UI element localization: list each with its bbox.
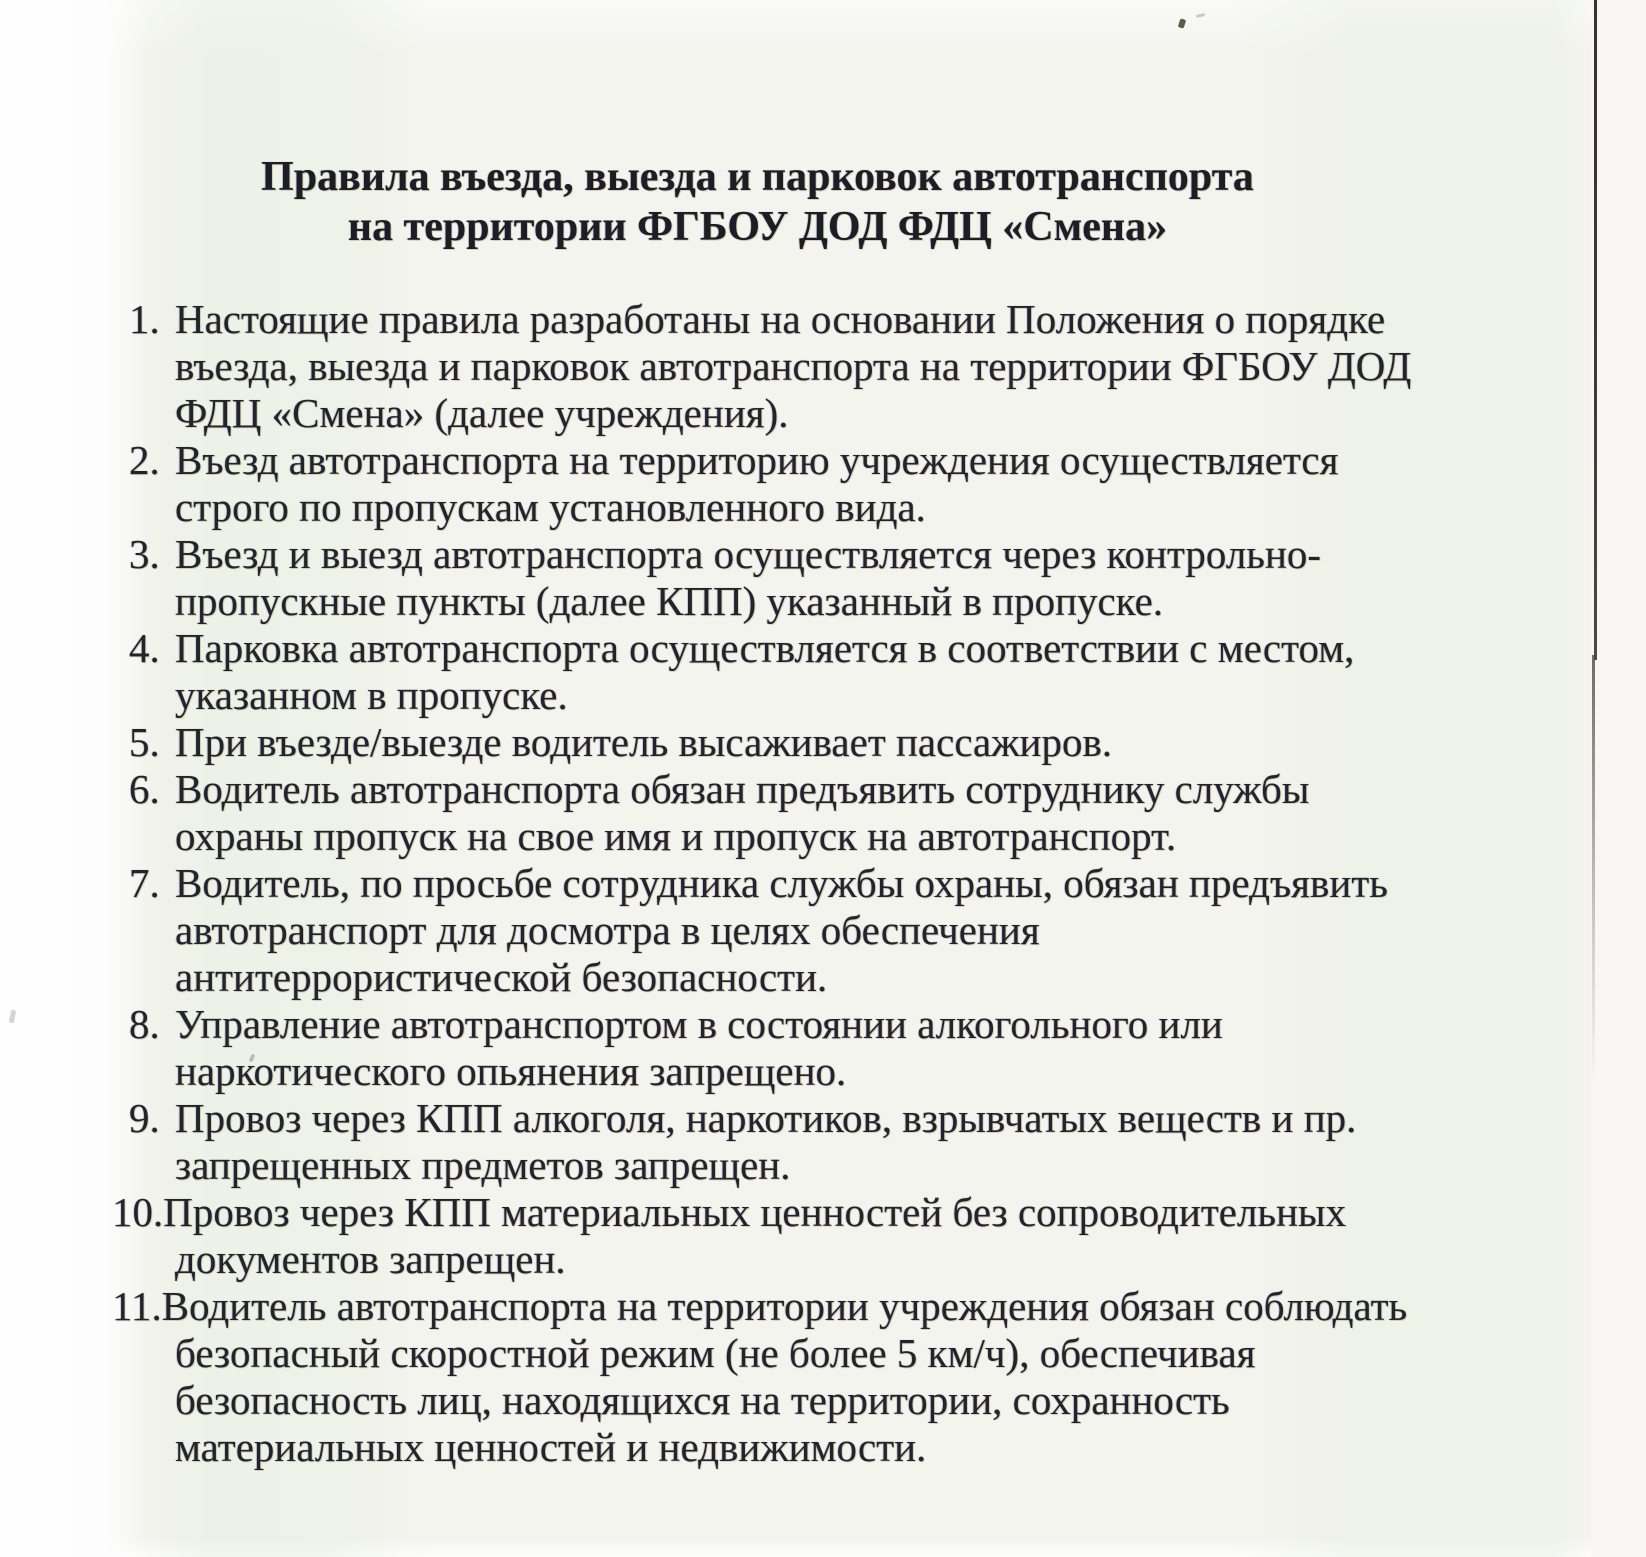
rule-number: 1. <box>112 296 175 343</box>
rule-text: Провоз через КПП алкоголя, наркотиков, в… <box>175 1095 1356 1188</box>
rule-item-10: 10.Провоз через КПП материальных ценност… <box>112 1189 1542 1283</box>
document-title: Правила въезда, выезда и парковок автотр… <box>130 152 1385 252</box>
title-line-1: Правила въезда, выезда и парковок автотр… <box>130 152 1385 202</box>
rule-number: 10. <box>112 1189 163 1235</box>
rule-text: Управление автотранспортом в состоянии а… <box>175 1001 1223 1094</box>
rule-item-11: 11.Водитель автотранспорта на территории… <box>112 1283 1542 1471</box>
rule-item-6: 6.Водитель автотранспорта обязан предъяв… <box>112 766 1542 860</box>
rule-text: Въезд автотранспорта на территорию учреж… <box>175 437 1338 530</box>
scan-edge-line <box>1592 655 1595 1085</box>
document-body: Правила въезда, выезда и парковок автотр… <box>0 0 1591 1471</box>
rule-item-3: 3.Въезд и выезд автотранспорта осуществл… <box>112 531 1542 625</box>
rule-number: 4. <box>112 625 175 672</box>
rule-item-5: 5.При въезде/выезде водитель высаживает … <box>112 719 1542 766</box>
scanned-document-page: Правила въезда, выезда и парковок автотр… <box>0 0 1646 1557</box>
rule-item-8: 8.Управление автотранспортом в состоянии… <box>112 1001 1542 1095</box>
rule-number: 5. <box>112 719 175 766</box>
rule-text: Водитель, по просьбе сотрудника службы о… <box>175 860 1388 1000</box>
rule-text: Въезд и выезд автотранспорта осуществляе… <box>175 531 1321 624</box>
rule-number: 7. <box>112 860 175 907</box>
rule-number: 3. <box>112 531 175 578</box>
scan-edge-line <box>1594 0 1597 660</box>
rule-text: Настоящие правила разработаны на основан… <box>175 296 1411 436</box>
rule-number: 8. <box>112 1001 175 1048</box>
rule-item-7: 7.Водитель, по просьбе сотрудника службы… <box>112 860 1542 1001</box>
rule-number: 9. <box>112 1095 175 1142</box>
rule-item-2: 2.Въезд автотранспорта на территорию учр… <box>112 437 1542 531</box>
rule-number: 6. <box>112 766 175 813</box>
rule-text: Водитель автотранспорта на территории уч… <box>162 1283 1407 1470</box>
paper-background: Правила въезда, выезда и парковок автотр… <box>0 0 1591 1557</box>
rule-number: 11. <box>112 1283 162 1329</box>
rule-item-1: 1.Настоящие правила разработаны на основ… <box>112 296 1542 437</box>
rule-text: Водитель автотранспорта обязан предъявит… <box>175 766 1309 859</box>
rule-number: 2. <box>112 437 175 484</box>
rules-list: 1.Настоящие правила разработаны на основ… <box>112 296 1542 1471</box>
rule-item-9: 9.Провоз через КПП алкоголя, наркотиков,… <box>112 1095 1542 1189</box>
rule-text: Парковка автотранспорта осуществляется в… <box>175 625 1354 718</box>
rule-item-4: 4.Парковка автотранспорта осуществляется… <box>112 625 1542 719</box>
rule-text: При въезде/выезде водитель высаживает па… <box>175 719 1112 765</box>
title-line-2: на территории ФГБОУ ДОД ФДЦ «Смена» <box>130 202 1385 252</box>
rule-text: Провоз через КПП материальных ценностей … <box>163 1189 1346 1282</box>
